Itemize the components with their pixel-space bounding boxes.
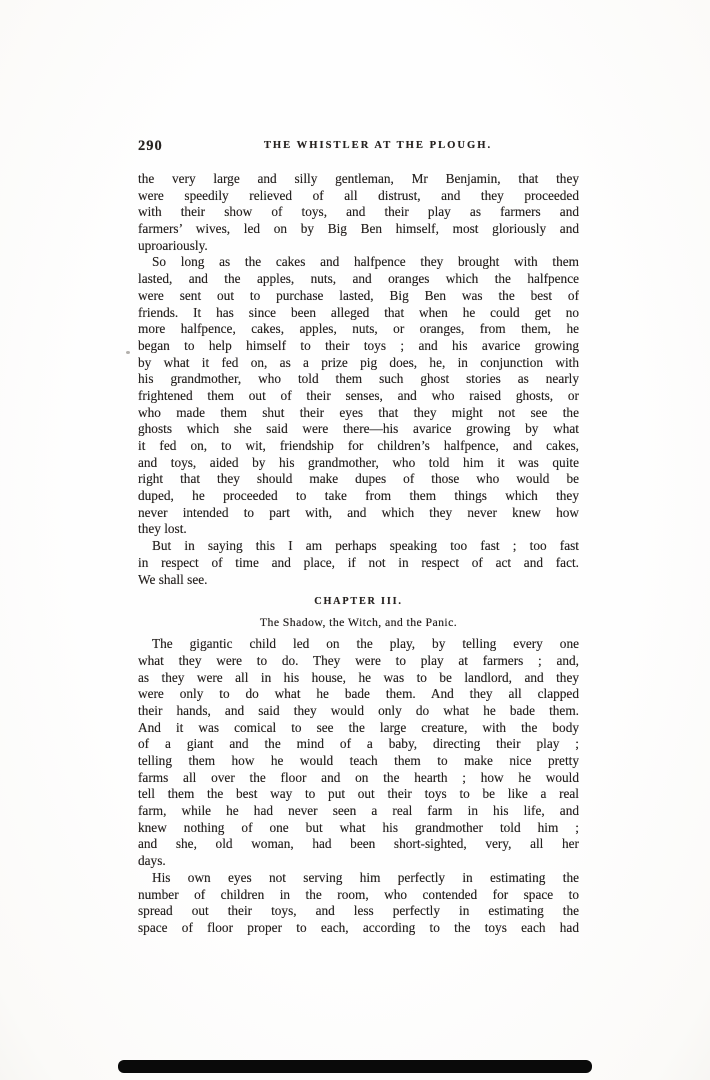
- text-line: of a giant and the mind of a baby, direc…: [138, 736, 579, 753]
- paragraph: So long as the cakes and halfpence they …: [138, 254, 579, 538]
- text-line: knew nothing of one but what his grandmo…: [138, 820, 579, 837]
- text-line: lasted, and the apples, nuts, and orange…: [138, 271, 579, 288]
- text-line: And it was comical to see the large crea…: [138, 720, 579, 737]
- text-line: right that they should make dupes of tho…: [138, 471, 579, 488]
- book-page: 290 THE WHISTLER AT THE PLOUGH. the very…: [0, 0, 710, 1080]
- text-line: were only to do what he bade them. And t…: [138, 686, 579, 703]
- text-line: with their show of toys, and their play …: [138, 204, 579, 221]
- text-line: ghosts which she said were there—his ava…: [138, 421, 579, 438]
- text-line: by what it fed on, as a prize pig does, …: [138, 355, 579, 372]
- text-line: who made them shut their eyes that they …: [138, 405, 579, 422]
- paragraph: The gigantic child led on the play, by t…: [138, 636, 579, 870]
- text-line: as they were all in his house, he was to…: [138, 670, 579, 687]
- text-line: and she, old woman, had been short-sight…: [138, 836, 579, 853]
- text-line: his grandmother, who told them such ghos…: [138, 371, 579, 388]
- text-line: and toys, aided by his grandmother, who …: [138, 455, 579, 472]
- text-line: tell them the best way to put out their …: [138, 786, 579, 803]
- text-line: The gigantic child led on the play, by t…: [138, 636, 579, 653]
- text-column: 290 THE WHISTLER AT THE PLOUGH. the very…: [138, 138, 579, 937]
- text-line: never intended to part with, and which t…: [138, 505, 579, 522]
- scanned-book-page: { "page": { "number": "290", "running_ti…: [0, 0, 710, 1080]
- paragraph: His own eyes not serving him perfectly i…: [138, 870, 579, 937]
- scan-speck: [126, 351, 130, 354]
- text-line: what they were to do. They were to play …: [138, 653, 579, 670]
- text-line: they lost.: [138, 521, 579, 538]
- text-line: spread out their toys, and less perfectl…: [138, 903, 579, 920]
- scan-artifact-bar: [118, 1060, 592, 1073]
- text-line: the very large and silly gentleman, Mr B…: [138, 171, 579, 188]
- text-line: We shall see.: [138, 572, 579, 589]
- paragraph: the very large and silly gentleman, Mr B…: [138, 171, 579, 254]
- text-line: were speedily relieved of all distrust, …: [138, 188, 579, 205]
- paragraph: But in saying this I am perhaps speaking…: [138, 538, 579, 588]
- text-line: So long as the cakes and halfpence they …: [138, 254, 579, 271]
- text-line: uproariously.: [138, 238, 579, 255]
- text-line: farms all over the floor and on the hear…: [138, 770, 579, 787]
- text-line: space of floor proper to each, according…: [138, 920, 579, 937]
- text-line: were sent out to purchase lasted, Big Be…: [138, 288, 579, 305]
- text-line: number of children in the room, who cont…: [138, 887, 579, 904]
- section-title: The Shadow, the Witch, and the Panic.: [138, 614, 579, 630]
- text-line: His own eyes not serving him perfectly i…: [138, 870, 579, 887]
- text-line: duped, he proceeded to take from them th…: [138, 488, 579, 505]
- text-line: more halfpence, cakes, apples, nuts, or …: [138, 321, 579, 338]
- text-line: began to help himself to their toys ; an…: [138, 338, 579, 355]
- text-line: farmers’ wives, led on by Big Ben himsel…: [138, 221, 579, 238]
- chapter-heading: CHAPTER III.: [138, 594, 579, 610]
- text-line: days.: [138, 853, 579, 870]
- text-line: telling them how he would teach them to …: [138, 753, 579, 770]
- text-body: the very large and silly gentleman, Mr B…: [138, 171, 579, 937]
- page-header: 290 THE WHISTLER AT THE PLOUGH.: [138, 138, 579, 155]
- text-line: friends. It has since been alleged that …: [138, 305, 579, 322]
- text-line: in respect of time and place, if not in …: [138, 555, 579, 572]
- text-line: frightened them out of their senses, and…: [138, 388, 579, 405]
- text-line: farm, while he had never seen a real far…: [138, 803, 579, 820]
- running-title: THE WHISTLER AT THE PLOUGH.: [138, 140, 579, 151]
- text-line: But in saying this I am perhaps speaking…: [138, 538, 579, 555]
- text-line: their hands, and said they would only do…: [138, 703, 579, 720]
- text-line: it fed on, to wit, friendship for childr…: [138, 438, 579, 455]
